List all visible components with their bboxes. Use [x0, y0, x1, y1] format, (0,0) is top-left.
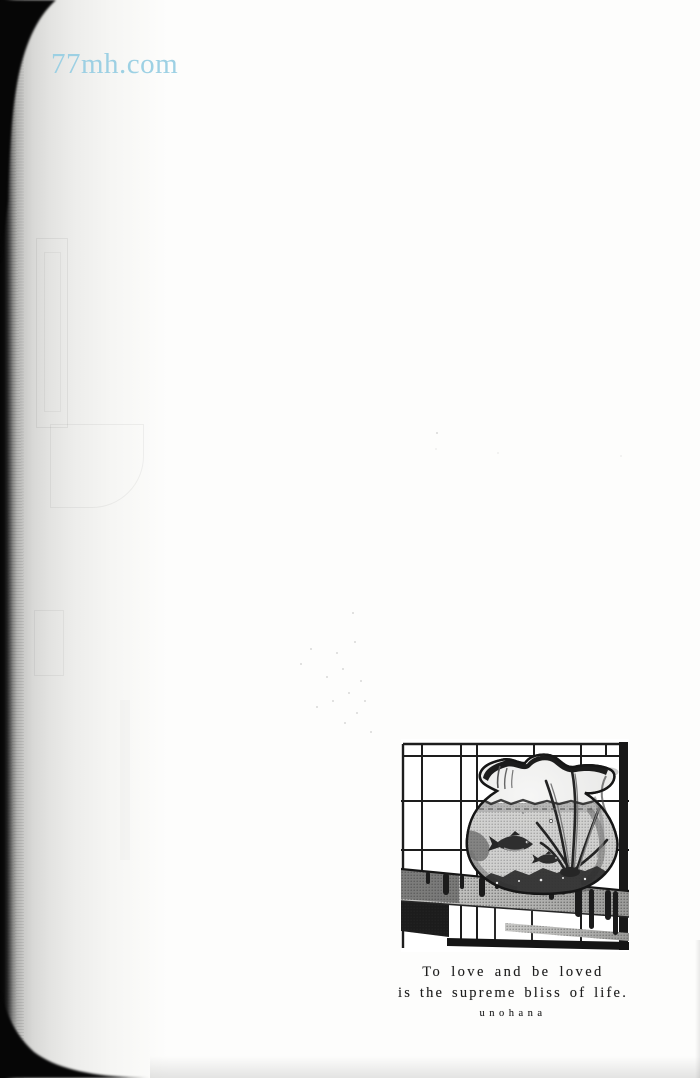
bottom-left-corner-shadow	[0, 992, 150, 1078]
caption-credit: unohana	[340, 1008, 686, 1019]
bottom-scan-shadow	[150, 1056, 700, 1078]
fishbowl-illustration	[401, 739, 629, 952]
fishbowl-illustration-svg	[401, 739, 629, 952]
window-frame-right-bar	[619, 742, 628, 950]
caption-line-2: is the supreme bliss of life.	[340, 985, 686, 1002]
scanned-manga-page: 77mh.com	[0, 0, 700, 1078]
caption-block: To love and be loved is the supreme blis…	[340, 964, 686, 1019]
fishbowl	[461, 755, 625, 898]
right-scan-shadow	[695, 940, 700, 1078]
watermark-text: 77mh.com	[51, 48, 178, 81]
bubble	[522, 812, 524, 814]
top-left-corner-shadow	[0, 0, 56, 262]
bubble	[549, 819, 552, 822]
caption-line-1: To love and be loved	[340, 964, 686, 981]
